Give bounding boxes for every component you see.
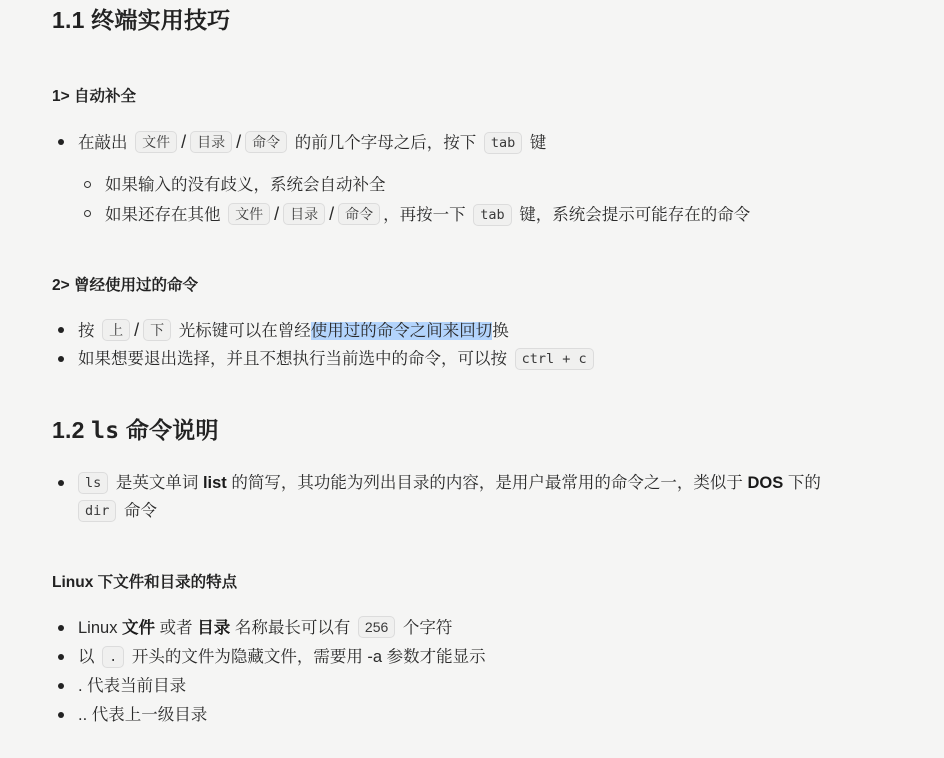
inline-code-tab: tab — [473, 204, 511, 226]
hollow-bullet-icon — [84, 181, 91, 188]
hollow-bullet-icon — [84, 210, 91, 217]
subheading-linux-files: Linux 下文件和目录的特点 — [52, 570, 237, 592]
inline-code-file: 文件 — [228, 203, 270, 225]
list-item-ls-description: ls 是英文单词 list 的简写，其功能为列出目录的内容，是用户最常用的命令之… — [78, 469, 821, 497]
list-item-autocomplete: 在敲出 文件/目录/命令 的前几个字母之后，按下 tab 键 — [78, 128, 546, 157]
inline-code-down: 下 — [143, 319, 171, 341]
inline-code-dir-cmd: dir — [78, 500, 116, 522]
sub-list-item-no-ambiguity: 如果输入的没有歧义，系统会自动补全 — [105, 171, 386, 199]
list-item-name-length: Linux 文件 或者 目录 名称最长可以有 256 个字符 — [78, 614, 452, 642]
bullet-icon — [58, 654, 64, 660]
inline-code-cmd: 命令 — [338, 203, 380, 225]
bullet-icon — [58, 327, 64, 333]
list-item-ls-description-cont: dir 命令 — [78, 497, 157, 525]
bullet-icon — [58, 712, 64, 718]
inline-code-dir: 目录 — [283, 203, 325, 225]
inline-code-tab: tab — [484, 132, 522, 154]
bullet-icon — [58, 683, 64, 689]
sub-list-item-ambiguous: 如果还存在其他 文件/目录/命令，再按一下 tab 键，系统会提示可能存在的命令 — [105, 200, 750, 229]
bullet-icon — [58, 356, 64, 362]
section-title-terminal-tips: 1.1 终端实用技巧 — [52, 2, 230, 35]
inline-code-256: 256 — [358, 616, 395, 638]
section-title-ls-command: 1.2 ls 命令说明 — [52, 412, 219, 445]
inline-code-up: 上 — [102, 319, 130, 341]
inline-code-ls: ls — [78, 472, 108, 494]
list-item-ctrl-c: 如果想要退出选择，并且不想执行当前选中的命令，可以按 ctrl + c — [78, 345, 597, 373]
inline-code-dir: 目录 — [190, 131, 232, 153]
list-item-hidden-files: 以 . 开头的文件为隐藏文件，需要用 -a 参数才能显示 — [78, 643, 486, 671]
inline-code-dot: . — [102, 646, 124, 668]
subheading-autocomplete: 1> 自动补全 — [52, 84, 136, 106]
list-item-current-dir: . 代表当前目录 — [78, 672, 186, 700]
subheading-history: 2> 曾经使用过的命令 — [52, 273, 198, 295]
list-item-arrow-keys: 按 上/下 光标键可以在曾经使用过的命令之间来回切换 — [78, 316, 509, 345]
bullet-icon — [58, 139, 64, 145]
bullet-icon — [58, 480, 64, 486]
text-selection[interactable]: 使用过的命令之间来回切 — [311, 322, 493, 340]
inline-code-file: 文件 — [135, 131, 177, 153]
list-item-parent-dir: .. 代表上一级目录 — [78, 701, 207, 729]
inline-code-cmd: 命令 — [245, 131, 287, 153]
bullet-icon — [58, 625, 64, 631]
inline-code-ctrl-c: ctrl + c — [515, 348, 594, 370]
